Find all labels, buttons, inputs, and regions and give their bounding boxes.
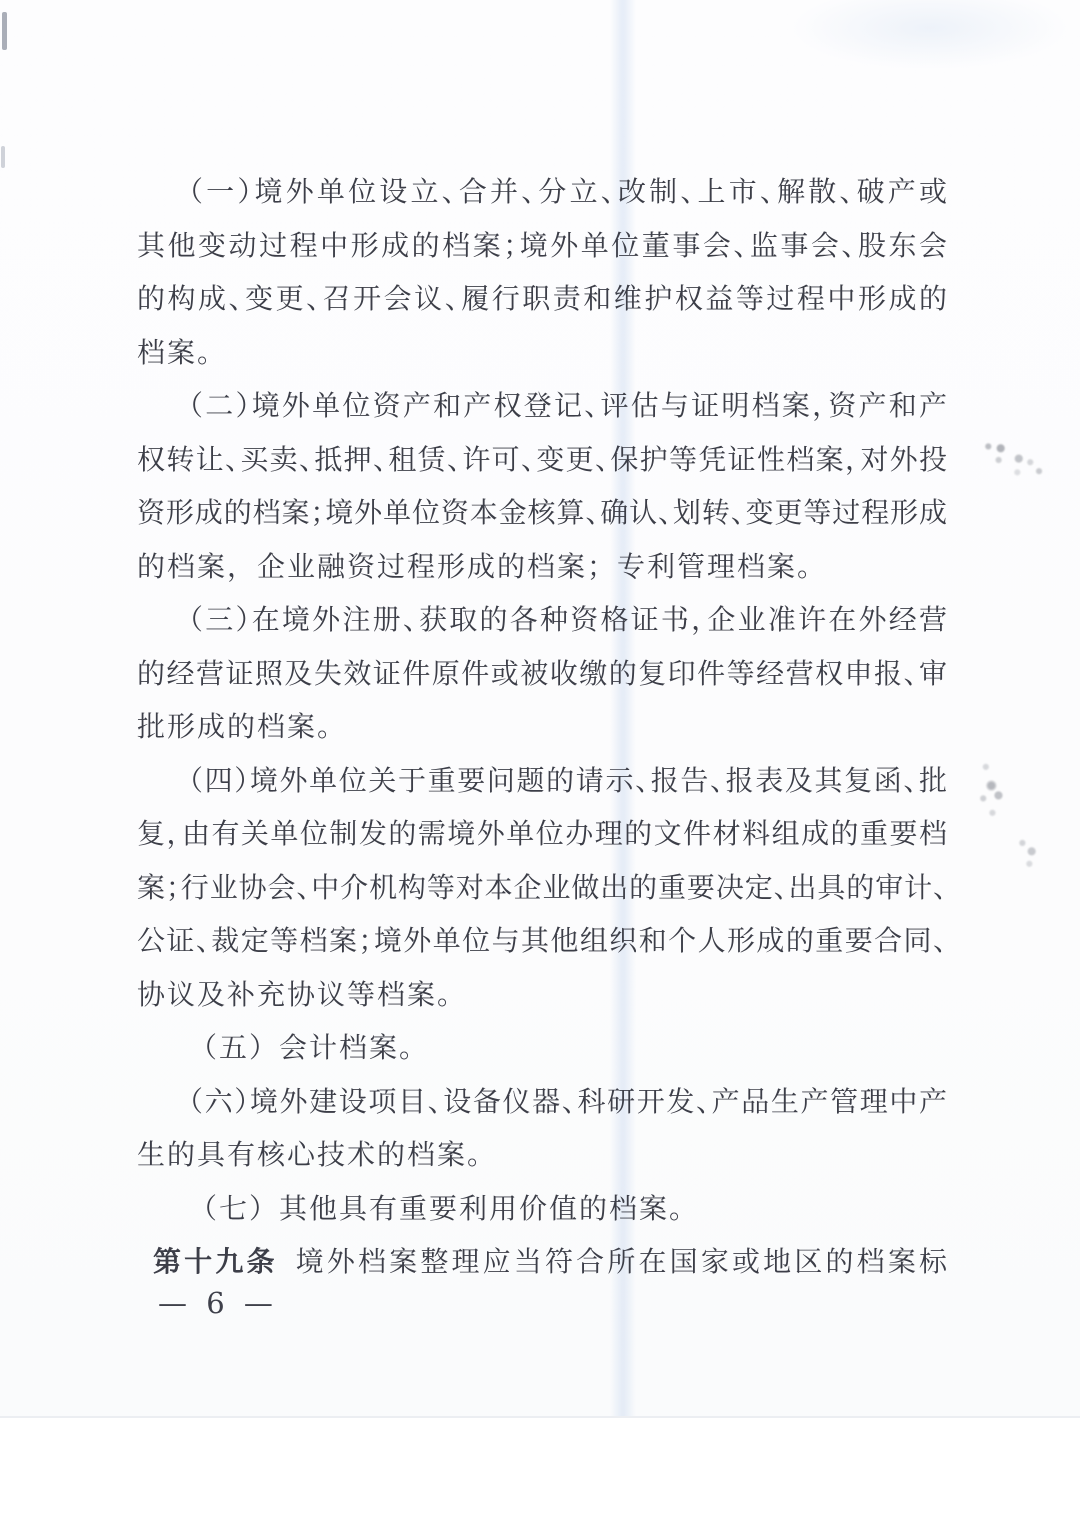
page-number: — 6 — <box>158 1281 278 1325</box>
scanned-document-page: （一）境外单位设立、合并、分立、改制、上市、解散、破产或其他变动过程中形成的档案… <box>0 0 1080 1528</box>
text-line: 复，由有关单位制发的需境外单位办理的文件材料组成的重要档 <box>137 807 947 861</box>
paragraph-item-3: （三）在境外注册、获取的各种资格证书，企业准许在外经营的经营证照及失效证件原件或… <box>137 593 947 754</box>
text-line: （六）境外建设项目、设备仪器、科研开发、产品生产管理中产 <box>137 1075 947 1129</box>
text-line: （一）境外单位设立、合并、分立、改制、上市、解散、破产或 <box>137 165 947 219</box>
text-line: 其他变动过程中形成的档案；境外单位董事会、监事会、股东会 <box>137 219 947 273</box>
text-line: 的档案，企业融资过程形成的档案；专利管理档案。 <box>137 540 947 594</box>
text-line: 公证、裁定等档案；境外单位与其他组织和个人形成的重要合同、 <box>137 914 947 968</box>
paragraph-item-6: （六）境外建设项目、设备仪器、科研开发、产品生产管理中产生的具有核心技术的档案。 <box>137 1075 947 1182</box>
scan-artifact-edge-mark <box>1 146 5 168</box>
text-line: （五）会计档案。 <box>137 1021 947 1075</box>
article-number: 第十九条 <box>153 1245 278 1278</box>
text-line: 生的具有核心技术的档案。 <box>137 1128 947 1182</box>
text-line: 协议及补充协议等档案。 <box>137 968 947 1022</box>
article-text: 境外档案整理应当符合所在国家或地区的档案标 <box>296 1245 947 1278</box>
paragraph-item-7: （七）其他具有重要利用价值的档案。 <box>137 1182 947 1236</box>
scan-sheen <box>790 0 1070 70</box>
text-line: 档案。 <box>137 326 947 380</box>
text-line: 的构成、变更、召开会议、履行职责和维护权益等过程中形成的 <box>137 272 947 326</box>
paragraph-item-5: （五）会计档案。 <box>137 1021 947 1075</box>
text-line: 资形成的档案；境外单位资本金核算、确认、划转、变更等过程形成 <box>137 486 947 540</box>
paragraph-item-4: （四）境外单位关于重要问题的请示、报告、报表及其复函、批复，由有关单位制发的需境… <box>137 754 947 1022</box>
text-line: （七）其他具有重要利用价值的档案。 <box>137 1182 947 1236</box>
document-body: （一）境外单位设立、合并、分立、改制、上市、解散、破产或其他变动过程中形成的档案… <box>137 165 947 1289</box>
text-line: 权转让、买卖、抵押、租赁、许可、变更、保护等凭证性档案，对外投 <box>137 433 947 487</box>
text-line: （二）境外单位资产和产权登记、评估与证明档案，资产和产 <box>137 379 947 433</box>
scan-artifact-edge-mark <box>2 12 7 50</box>
text-line: （三）在境外注册、获取的各种资格证书，企业准许在外经营 <box>137 593 947 647</box>
scan-artifact-smudge <box>1007 827 1053 880</box>
scan-artifact-smudge <box>958 753 1027 832</box>
text-line: 案；行业协会、中介机构等对本企业做出的重要决定、出具的审计、 <box>137 861 947 915</box>
paragraph-item-2: （二）境外单位资产和产权登记、评估与证明档案，资产和产权转让、买卖、抵押、租赁、… <box>137 379 947 593</box>
text-line: 批形成的档案。 <box>137 700 947 754</box>
text-line: 的经营证照及失效证件原件或被收缴的复印件等经营权申报、审 <box>137 647 947 701</box>
text-line: （四）境外单位关于重要问题的请示、报告、报表及其复函、批 <box>137 754 947 808</box>
paragraph-item-1: （一）境外单位设立、合并、分立、改制、上市、解散、破产或其他变动过程中形成的档案… <box>137 165 947 379</box>
